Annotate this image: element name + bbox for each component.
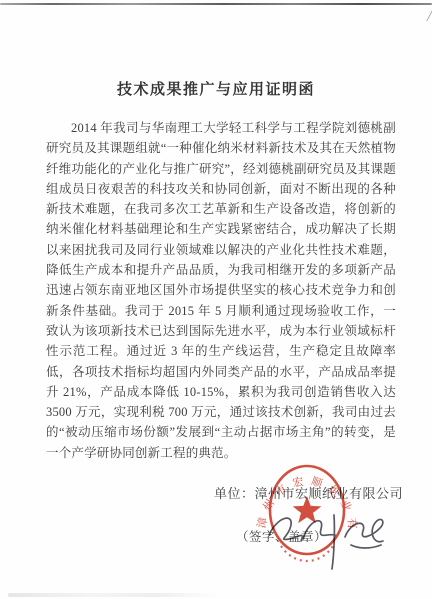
scanned-certificate-page: 技术成果推广与应用证明函 2014 年我司与华南理工大学轻工科学与工程学院刘德桃… <box>0 0 432 599</box>
scan-artifact-smudge <box>8 593 218 597</box>
scan-artifact-line <box>0 3 432 5</box>
document-body-paragraph: 2014 年我司与华南理工大学轻工科学与工程学院刘德桃副研究员及其课题组就“一种… <box>46 118 396 463</box>
document-title: 技术成果推广与应用证明函 <box>0 78 432 99</box>
scan-artifact-corner <box>426 7 432 22</box>
handwritten-signature <box>255 497 405 582</box>
